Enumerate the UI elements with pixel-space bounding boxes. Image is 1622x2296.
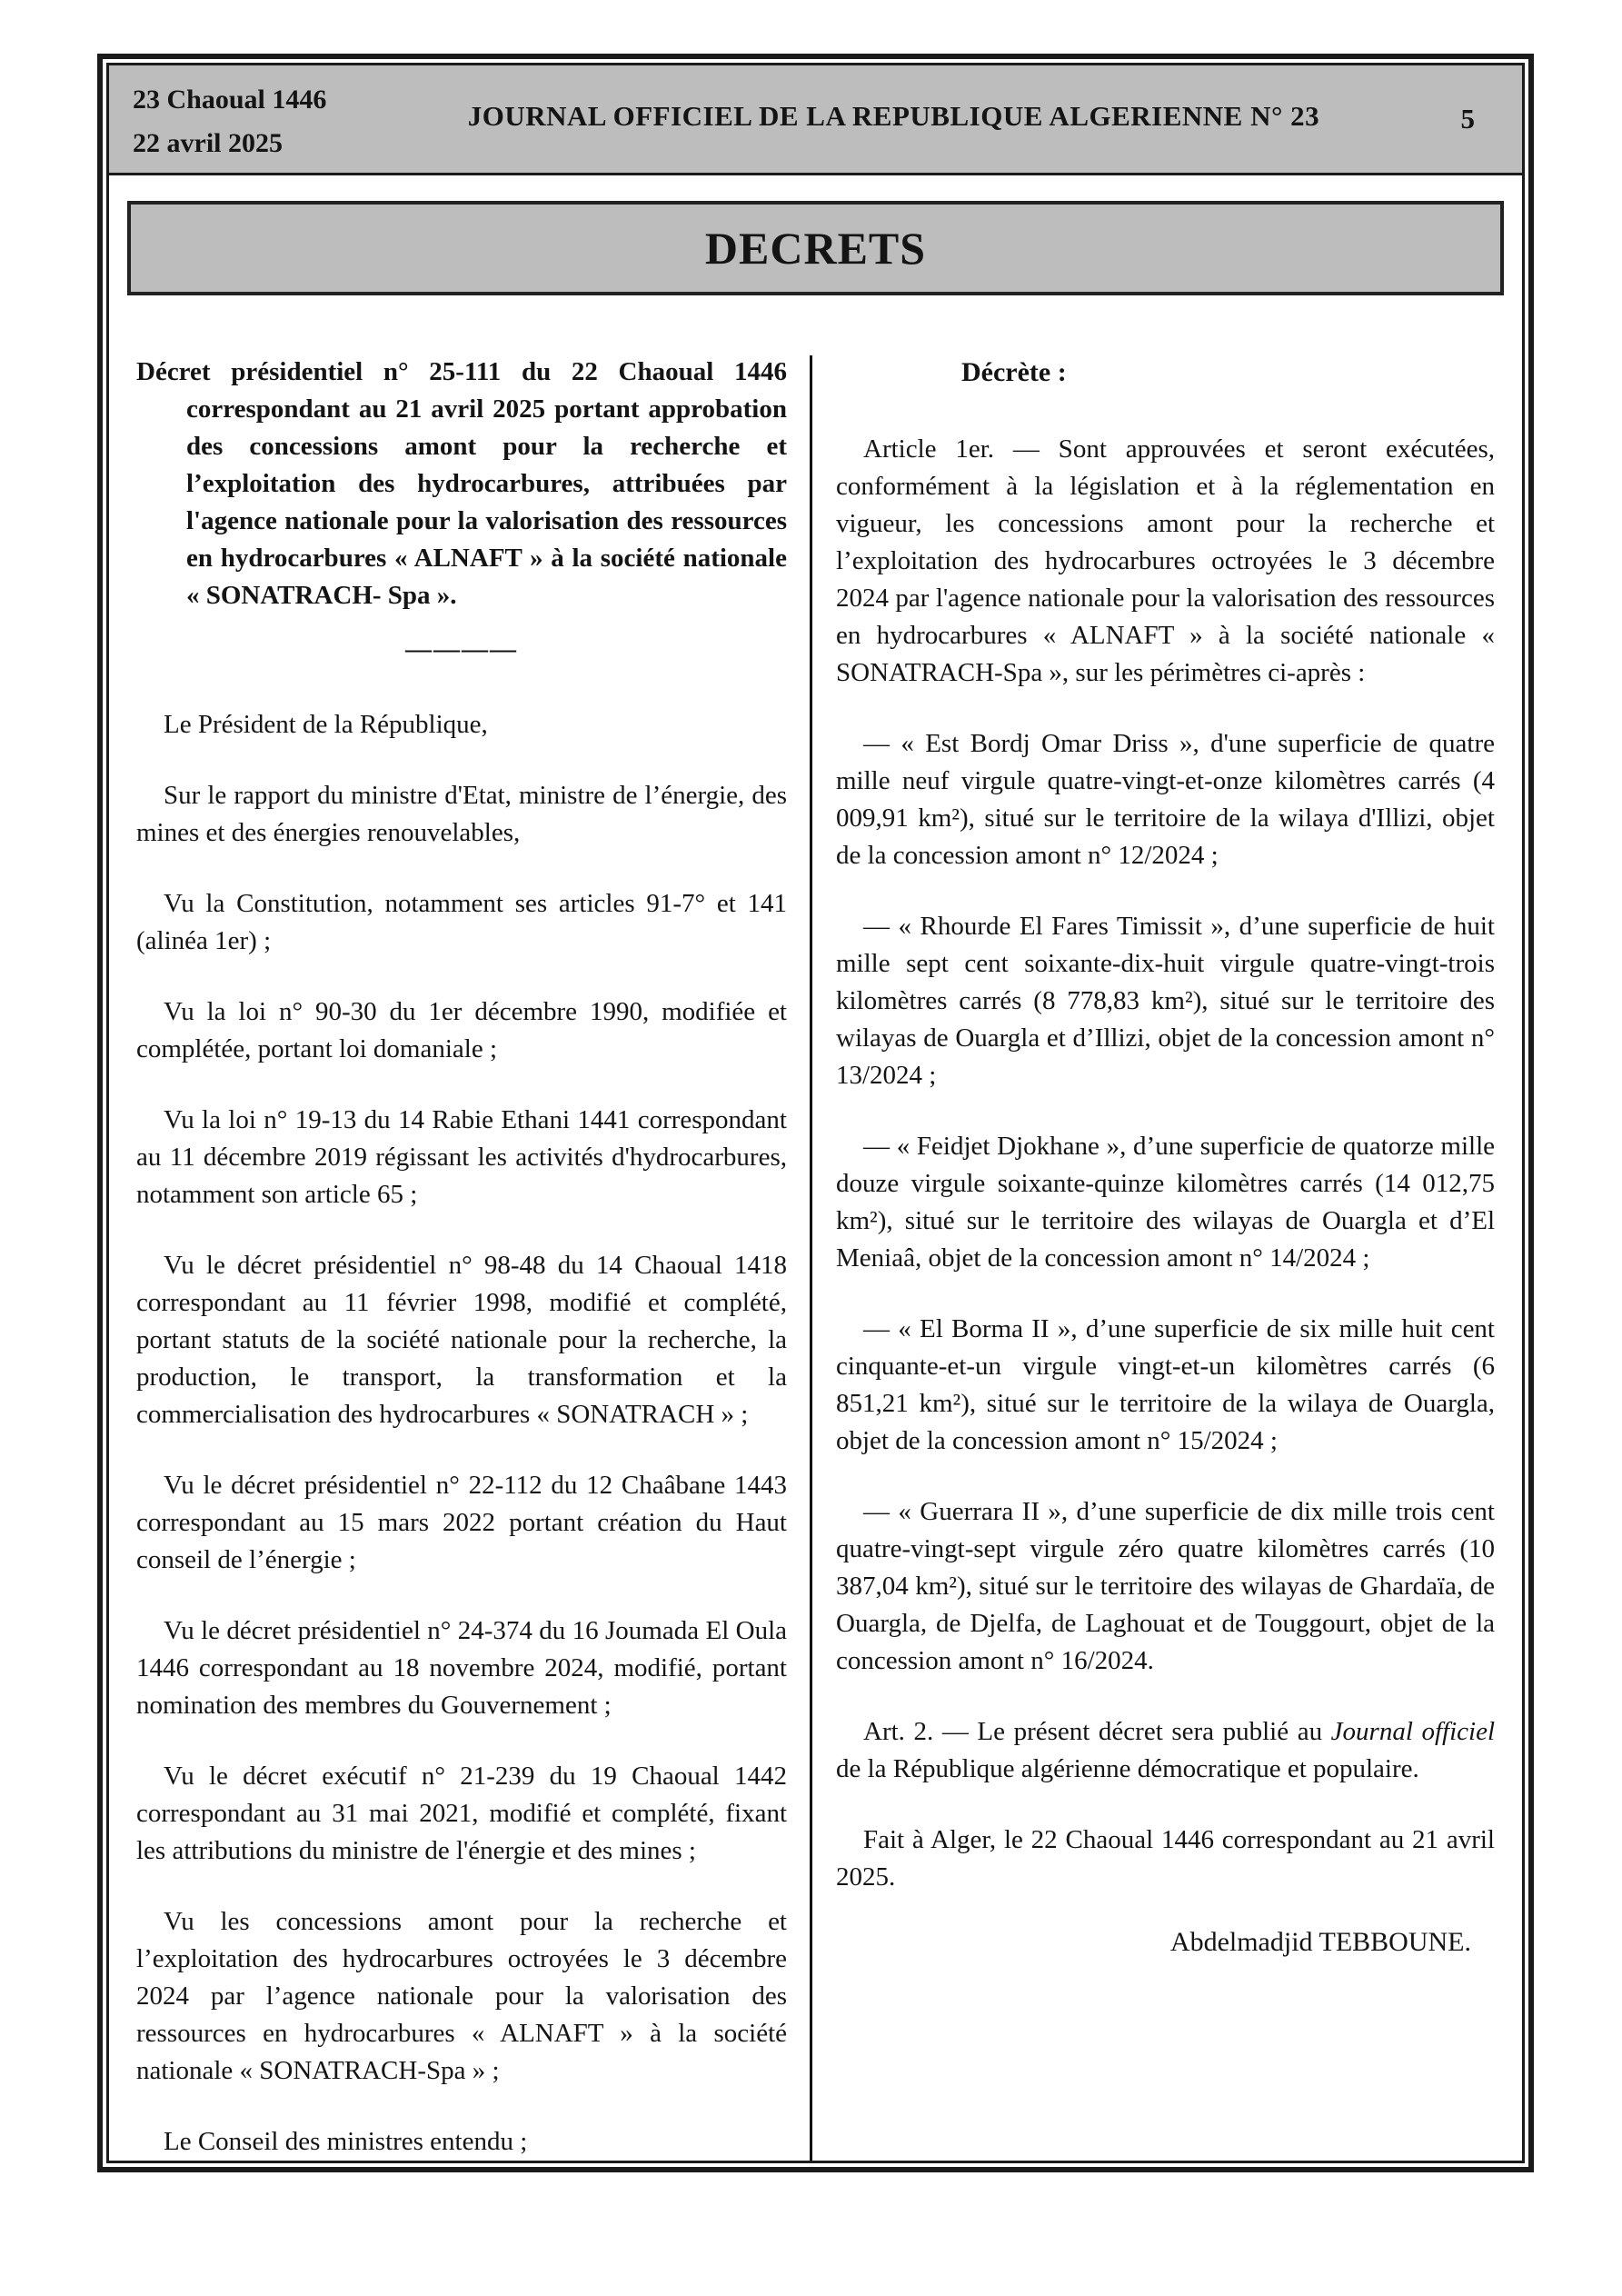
paragraph-concessions: Vu les concessions amont pour la recherc… (136, 1903, 787, 2090)
paragraph-constitution: Vu la Constitution, notamment ses articl… (136, 885, 787, 960)
header-date-hijri: 23 Chaoual 1446 (133, 78, 326, 122)
concession-item-feidjet-djokhane: — « Feidjet Djokhane », d’une superficie… (836, 1128, 1495, 1277)
paragraph-decret-98-48: Vu le décret présidentiel n° 98-48 du 14… (136, 1247, 787, 1433)
paragraph-decret-22-112: Vu le décret présidentiel n° 22-112 du 1… (136, 1467, 787, 1579)
decrets-banner: DECRETS (127, 201, 1504, 295)
concession-item-est-bordj-omar-driss: — « Est Bordj Omar Driss », d'une superf… (836, 725, 1495, 874)
inner-frame: 23 Chaoual 1446 22 avril 2025 JOURNAL OF… (106, 63, 1525, 2163)
right-column: Décrète : Article 1er. — Sont approuvées… (836, 352, 1495, 2163)
article-2-text-end: de la République algérienne démocratique… (836, 1754, 1419, 1783)
page-frame: 23 Chaoual 1446 22 avril 2025 JOURNAL OF… (97, 54, 1534, 2172)
journal-officiel-italic: Journal officiel (1331, 1717, 1495, 1746)
header-dates: 23 Chaoual 1446 22 avril 2025 (109, 65, 326, 173)
paragraph-conseil-ministres: Le Conseil des ministres entendu ; (136, 2123, 787, 2161)
page-number: 5 (1461, 65, 1523, 173)
signature: Abdelmadjid TEBBOUNE. (836, 1923, 1471, 1961)
header-date-gregorian: 22 avril 2025 (133, 122, 326, 165)
article-2-text: Art. 2. — Le présent décret sera publié … (863, 1717, 1331, 1746)
dash-separator: ———— (136, 631, 787, 668)
decrets-banner-title: DECRETS (705, 222, 926, 275)
decree-heading: Décret présidentiel n° 25-111 du 22 Chao… (136, 354, 787, 614)
header-band: 23 Chaoual 1446 22 avril 2025 JOURNAL OF… (109, 65, 1522, 175)
paragraph-rapport: Sur le rapport du ministre d'Etat, minis… (136, 777, 787, 852)
paragraph-decret-24-374: Vu le décret présidentiel n° 24-374 du 1… (136, 1612, 787, 1724)
paragraph-loi-90-30: Vu la loi n° 90-30 du 1er décembre 1990,… (136, 993, 787, 1068)
concession-item-el-borma-ii: — « El Borma II », d’une superficie de s… (836, 1311, 1495, 1460)
article-2: Art. 2. — Le présent décret sera publié … (836, 1713, 1495, 1788)
paragraph-president: Le Président de la République, (136, 706, 787, 744)
closing-date: Fait à Alger, le 22 Chaoual 1446 corresp… (836, 1822, 1495, 1896)
paragraph-loi-19-13: Vu la loi n° 19-13 du 14 Rabie Ethani 14… (136, 1102, 787, 1213)
concession-item-guerrara-ii: — « Guerrara II », d’une superficie de d… (836, 1493, 1495, 1680)
text-columns: Décret présidentiel n° 25-111 du 22 Chao… (109, 352, 1522, 2163)
left-column: Décret présidentiel n° 25-111 du 22 Chao… (136, 352, 787, 2163)
paragraph-decret-21-239: Vu le décret exécutif n° 21-239 du 19 Ch… (136, 1758, 787, 1870)
decrete-heading: Décrète : (961, 354, 1495, 391)
column-divider (810, 355, 812, 2163)
article-1: Article 1er. — Sont approuvées et seront… (836, 431, 1495, 692)
journal-title: JOURNAL OFFICIEL DE LA REPUBLIQUE ALGERI… (326, 65, 1460, 173)
concession-item-rhourde-el-fares-timissit: — « Rhourde El Fares Timissit », d’une s… (836, 908, 1495, 1094)
